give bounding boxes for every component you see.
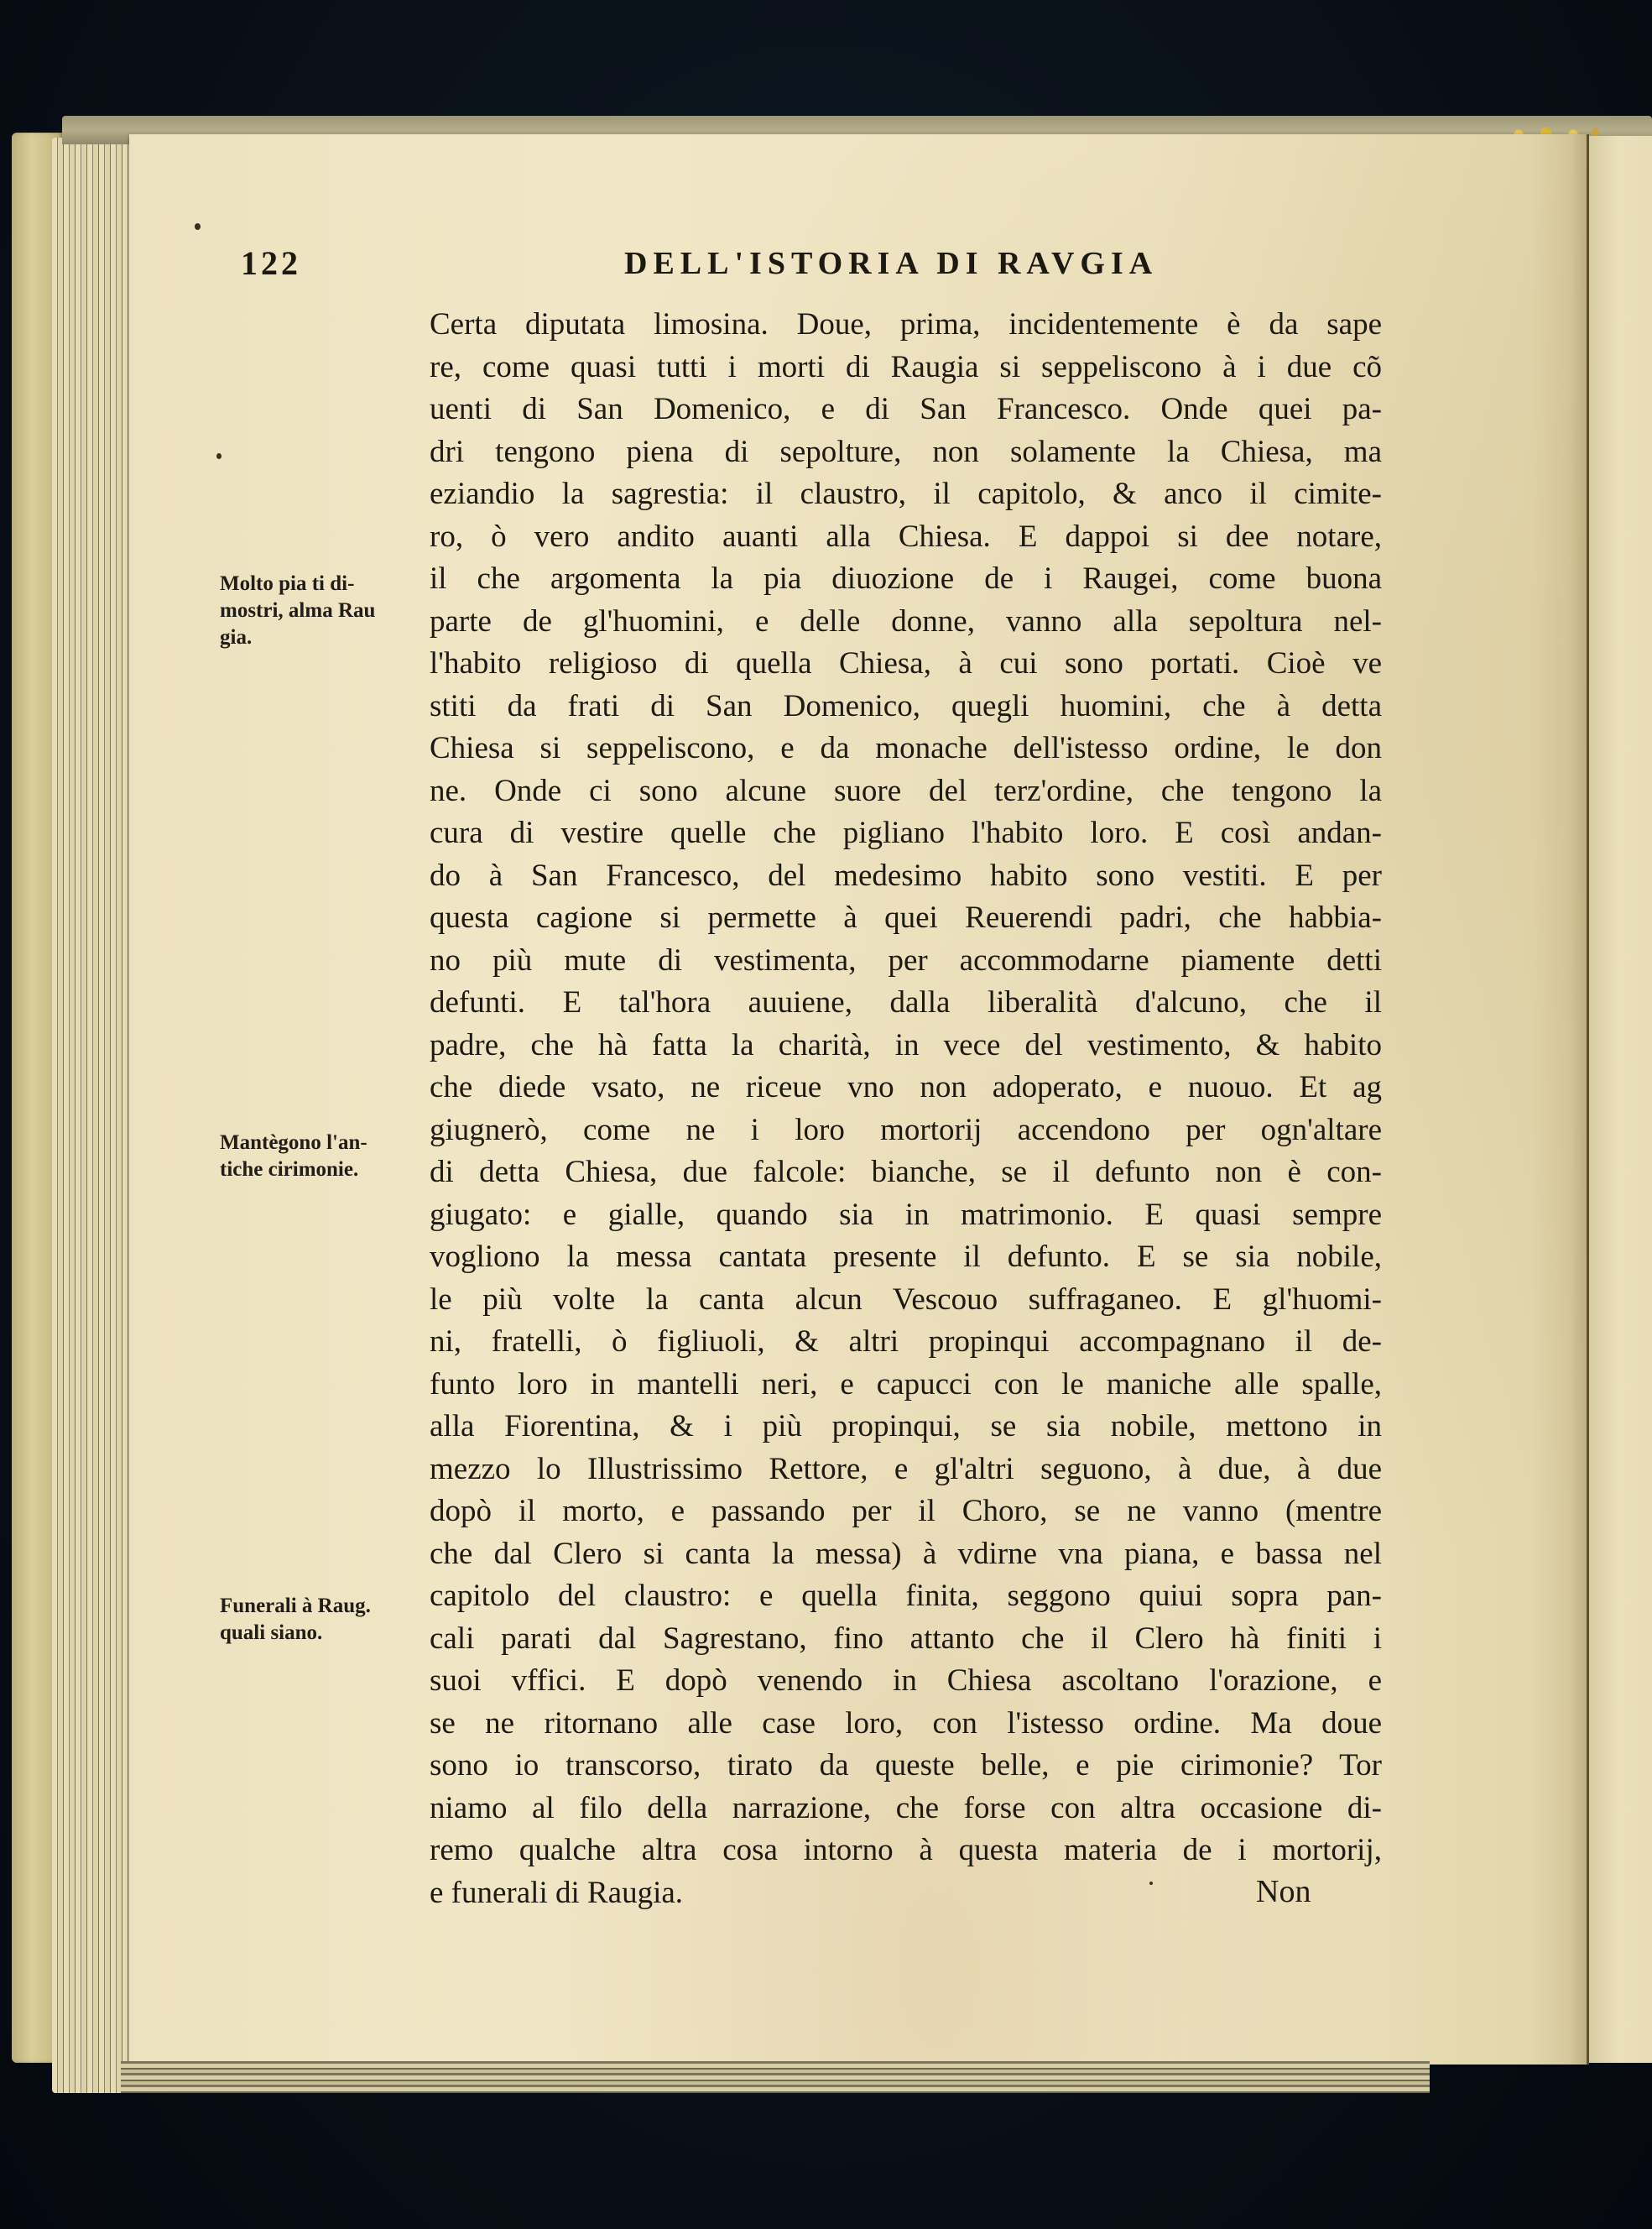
- marginal-line: tiche cirimonie.: [220, 1156, 430, 1183]
- text-line: eziandio la sagrestia: il claustro, il c…: [430, 473, 1382, 516]
- text-line: il che argomenta la pia diuozione de i R…: [430, 558, 1382, 601]
- running-title: DELL'ISTORIA DI RAVGIA: [624, 245, 1158, 282]
- text-line: alla Fiorentina, & i più propinqui, se s…: [430, 1406, 1382, 1449]
- text-line: dri tengono piena di sepolture, non sola…: [430, 431, 1382, 474]
- marginal-line: quali siano.: [220, 1620, 430, 1647]
- text-line: di detta Chiesa, due falcole: bianche, s…: [430, 1151, 1382, 1194]
- text-line: parte de gl'huomini, e delle donne, vann…: [430, 601, 1382, 644]
- marginal-line: Mantègono l'an-: [220, 1130, 430, 1156]
- text-line: giugnerò, come ne i loro mortorij accend…: [430, 1109, 1382, 1152]
- text-line: no più mute di vestimenta, per accommoda…: [430, 940, 1382, 983]
- text-line: giugato: e gialle, quando sia in matrimo…: [430, 1194, 1382, 1237]
- marginal-note: Mantègono l'an- tiche cirimonie.: [220, 1130, 430, 1183]
- text-line: l'habito religioso di quella Chiesa, à c…: [430, 643, 1382, 686]
- marginal-line: gia.: [220, 624, 430, 651]
- running-head: 122 DELL'ISTORIA DI RAVGIA: [241, 243, 1332, 294]
- text-line: che diede vsato, ne riceue vno non adope…: [430, 1067, 1382, 1109]
- text-line: defunti. E tal'hora auuiene, dalla liber…: [430, 982, 1382, 1025]
- marginal-note: Molto pia ti di- mostri, alma Rau gia.: [220, 571, 430, 651]
- body-text: Certa diputata limosina. Doue, prima, in…: [430, 304, 1382, 1914]
- text-line: ne. Onde ci sono alcune suore del terz'o…: [430, 770, 1382, 813]
- text-line: ni, fratelli, ò figliuoli, & altri propi…: [430, 1321, 1382, 1364]
- text-line: e funerali di Raugia.: [430, 1872, 1382, 1915]
- text-line: che dal Clero si canta la messa) à vdirn…: [430, 1533, 1382, 1576]
- text-line: capitolo del claustro: e quella finita, …: [430, 1575, 1382, 1618]
- catchword: Non: [1256, 1873, 1311, 1910]
- text-line: re, come quasi tutti i morti di Raugia s…: [430, 347, 1382, 389]
- text-line: suoi vffici. E dopò venendo in Chiesa as…: [430, 1660, 1382, 1703]
- marginal-line: Molto pia ti di-: [220, 571, 430, 598]
- text-line: dopò il morto, e passando per il Choro, …: [430, 1490, 1382, 1533]
- text-line: do à San Francesco, del medesimo habito …: [430, 855, 1382, 898]
- page-number: 122: [241, 243, 301, 283]
- text-line: Chiesa si seppeliscono, e da monache del…: [430, 728, 1382, 770]
- marginal-note: Funerali à Raug. quali siano.: [220, 1593, 430, 1647]
- text-line: se ne ritornano alle case loro, con l'is…: [430, 1703, 1382, 1746]
- text-line: niamo al filo della narrazione, che fors…: [430, 1788, 1382, 1830]
- text-line: remo qualche altra cosa intorno à questa…: [430, 1830, 1382, 1872]
- text-line: stiti da frati di San Domenico, quegli h…: [430, 686, 1382, 728]
- page-stack-bottom-edge: [121, 2061, 1430, 2093]
- text-line: sono io transcorso, tirato da queste bel…: [430, 1745, 1382, 1788]
- text-line: mezzo lo Illustrissimo Rettore, e gl'alt…: [430, 1449, 1382, 1491]
- text-line: padre, che hà fatta la charità, in vece …: [430, 1025, 1382, 1068]
- page-shadow: [1570, 134, 1587, 2065]
- text-line: le più volte la canta alcun Vescouo suff…: [430, 1279, 1382, 1322]
- text-line: uenti di San Domenico, e di San Francesc…: [430, 389, 1382, 431]
- text-line: Certa diputata limosina. Doue, prima, in…: [430, 304, 1382, 347]
- ink-speck: [216, 453, 221, 459]
- marginal-line: Funerali à Raug.: [220, 1593, 430, 1620]
- text-line: vogliono la messa cantata presente il de…: [430, 1236, 1382, 1279]
- marginal-line: mostri, alma Rau: [220, 598, 430, 624]
- text-line: cali parati dal Sagrestano, fino attanto…: [430, 1618, 1382, 1661]
- text-line: ro, ò vero andito auanti alla Chiesa. E …: [430, 516, 1382, 559]
- facing-page-edge: [1589, 136, 1652, 2063]
- text-line: funto loro in mantelli neri, e capucci c…: [430, 1364, 1382, 1407]
- text-line: cura di vestire quelle che pigliano l'ha…: [430, 812, 1382, 855]
- ink-speck: [195, 223, 201, 230]
- text-line: questa cagione si permette à quei Reuere…: [430, 897, 1382, 940]
